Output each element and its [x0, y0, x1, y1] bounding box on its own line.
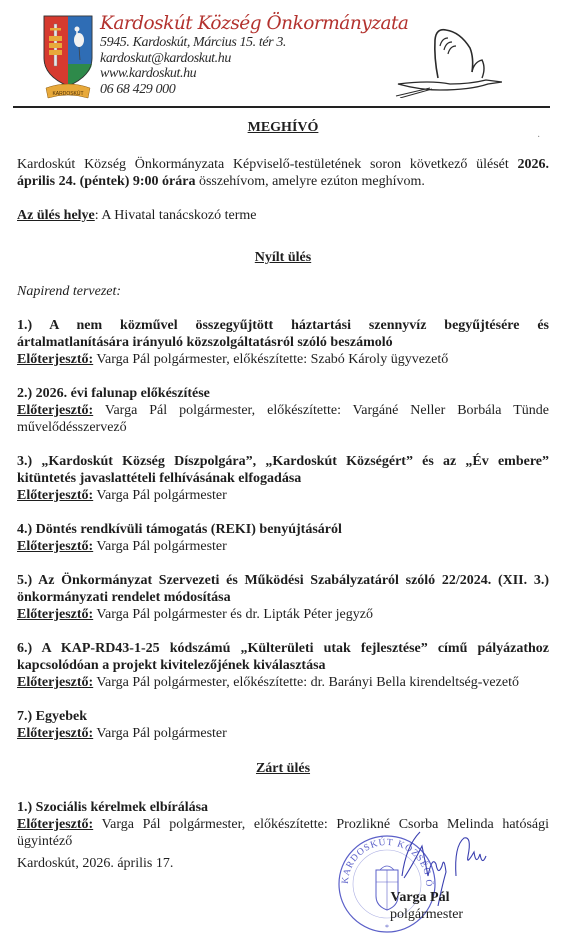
header-divider: [13, 106, 550, 108]
organization-website[interactable]: www.kardoskut.hu: [100, 66, 408, 82]
organization-phone: 06 68 429 000: [100, 82, 408, 98]
agenda-item: 5.) Az Önkormányzat Szervezeti és Működé…: [17, 572, 549, 623]
organization-address: 5945. Kardoskút, Március 15. tér 3.: [100, 35, 408, 51]
letterhead: KARDOSKÚT Kardoskút Község Önkormányzata…: [0, 0, 571, 110]
presenter-value: Varga Pál polgármester és dr. Lipták Pét…: [93, 607, 373, 622]
document-title: MEGHÍVÓ: [17, 119, 549, 136]
presenter-value: Varga Pál polgármester: [93, 726, 227, 741]
intro-text-end: összehívom, amelyre ezúton meghívom.: [195, 174, 424, 189]
signer-name: Varga Pál: [390, 889, 450, 906]
agenda-item-presenter: Előterjesztő: Varga Pál polgármester és …: [17, 606, 549, 623]
venue-value: A Hivatal tanácskozó terme: [99, 208, 257, 223]
agenda-item-presenter: Előterjesztő: Varga Pál polgármester: [17, 538, 549, 555]
agenda-item: 6.) A KAP-RD43-1-25 kódszámú „Külterület…: [17, 640, 549, 691]
presenter-value: Varga Pál polgármester, előkészítette: S…: [93, 352, 448, 367]
letterhead-text: Kardoskút Község Önkormányzata 5945. Kar…: [100, 13, 408, 97]
scan-speck: ·: [537, 129, 540, 146]
agenda-item-title: 2.) 2026. évi falunap előkészítése: [17, 385, 549, 402]
agenda-item: 2.) 2026. évi falunap előkészítéseElőter…: [17, 385, 549, 436]
agenda-item: 1.) A nem közművel összegyűjtött háztart…: [17, 317, 549, 368]
agenda-item: 4.) Döntés rendkívüli támogatás (REKI) b…: [17, 521, 549, 555]
agenda-item-title: 3.) „Kardoskút Község Díszpolgára”, „Kar…: [17, 453, 549, 487]
agenda-item-title: 6.) A KAP-RD43-1-25 kódszámú „Külterület…: [17, 640, 549, 674]
svg-text:*: *: [385, 923, 389, 932]
presenter-label: Előterjesztő:: [17, 607, 93, 622]
agenda-item-presenter: Előterjesztő: Varga Pál polgármester, el…: [17, 674, 549, 691]
venue-label: Az ülés helye: [17, 208, 95, 223]
agenda-item: 3.) „Kardoskút Község Díszpolgára”, „Kar…: [17, 453, 549, 504]
signature-block: Varga Pál polgármester: [390, 889, 450, 923]
open-session-heading: Nyílt ülés: [17, 249, 549, 266]
agenda-item-presenter: Előterjesztő: Varga Pál polgármester: [17, 725, 549, 742]
closed-session-heading: Zárt ülés: [17, 760, 549, 777]
presenter-label: Előterjesztő:: [17, 726, 93, 741]
stork-logo-icon: [390, 18, 502, 98]
agenda-item-title: 1.) A nem közművel összegyűjtött háztart…: [17, 317, 549, 351]
signer-title: polgármester: [390, 906, 450, 923]
municipal-crest-icon: KARDOSKÚT: [40, 14, 96, 102]
agenda-label: Napirend tervezet:: [17, 283, 549, 300]
presenter-label: Előterjesztő:: [17, 352, 93, 367]
presenter-value: Varga Pál polgármester: [93, 488, 227, 503]
place-and-date: Kardoskút, 2026. április 17.: [17, 856, 173, 872]
agenda-item-title: 4.) Döntés rendkívüli támogatás (REKI) b…: [17, 521, 549, 538]
presenter-label: Előterjesztő:: [17, 675, 93, 690]
presenter-value: Varga Pál polgármester, előkészítette: V…: [17, 403, 549, 435]
svg-text:KARDOSKÚT: KARDOSKÚT: [52, 90, 83, 97]
presenter-label: Előterjesztő:: [17, 488, 93, 503]
presenter-label: Előterjesztő:: [17, 403, 93, 418]
presenter-value: Varga Pál polgármester, előkészítette: d…: [93, 675, 519, 690]
agenda-item-title: 7.) Egyebek: [17, 708, 549, 725]
open-session-agenda: 1.) A nem közművel összegyűjtött háztart…: [17, 317, 549, 742]
agenda-item-presenter: Előterjesztő: Varga Pál polgármester, el…: [17, 402, 549, 436]
invitation-intro: Kardoskút Község Önkormányzata Képviselő…: [17, 156, 549, 190]
agenda-item-title: 5.) Az Önkormányzat Szervezeti és Működé…: [17, 572, 549, 606]
organization-name: Kardoskút Község Önkormányzata: [100, 13, 408, 35]
agenda-item-title: 1.) Szociális kérelmek elbírálása: [17, 799, 549, 816]
presenter-value: Varga Pál polgármester: [93, 539, 227, 554]
intro-text: Kardoskút Község Önkormányzata Képviselő…: [17, 157, 518, 172]
meeting-venue: Az ülés helye: A Hivatal tanácskozó term…: [17, 207, 549, 224]
presenter-label: Előterjesztő:: [17, 539, 93, 554]
presenter-label: Előterjesztő:: [17, 817, 93, 832]
invitation-document: MEGHÍVÓ · Kardoskút Község Önkormányzata…: [17, 113, 549, 850]
agenda-item-presenter: Előterjesztő: Varga Pál polgármester, el…: [17, 351, 549, 368]
agenda-item-presenter: Előterjesztő: Varga Pál polgármester: [17, 487, 549, 504]
agenda-item: 7.) EgyebekElőterjesztő: Varga Pál polgá…: [17, 708, 549, 742]
organization-email[interactable]: kardoskut@kardoskut.hu: [100, 51, 408, 67]
